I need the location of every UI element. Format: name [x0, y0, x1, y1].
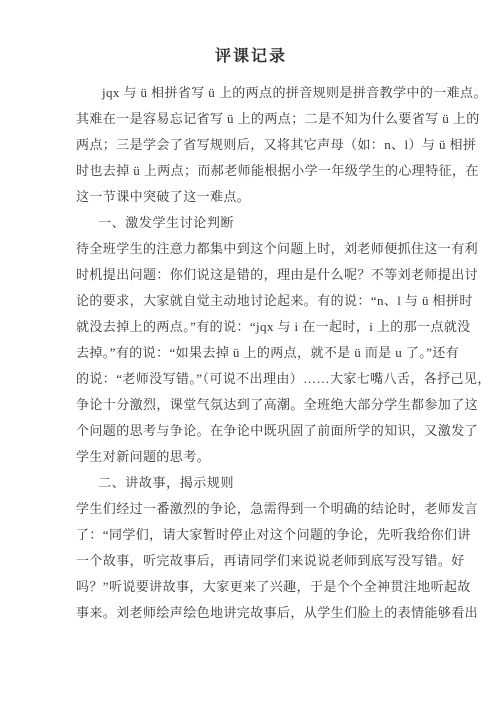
paragraph-line: 吗？”听说要讲故事，大家更来了兴趣，于是个个全神贯注地听起故 — [76, 574, 426, 600]
paragraph-line: 的说：“老师没写错。”（可说不出理由）……大家七嘴八舌，各抒己见， — [76, 366, 426, 392]
paragraph-line: 争论十分激烈，课堂气氛达到了高潮。全班绝大部分学生都参加了这 — [76, 392, 426, 418]
paragraph-line: 一个故事，听完故事后，再请同学们来说说老师到底写没写错。好 — [76, 548, 426, 574]
paragraph-line: 其难在一是容易忘记省写 ü 上的两点；二是不知为什么要省写 ü 上的 — [76, 106, 426, 132]
paragraph-line: 就没去掉上的两点。”有的说：“jqx 与 i 在一起时，i 上的那一点就没 — [76, 314, 426, 340]
paragraph-line: 待全班学生的注意力都集中到这个问题上时，刘老师便抓住这一有利 — [76, 236, 426, 262]
document-title: 评课记录 — [76, 46, 426, 68]
paragraph-line: 事来。刘老师绘声绘色地讲完故事后，从学生们脸上的表情能够看出 — [76, 600, 426, 626]
paragraph-3: 学生们经过一番激烈的争论，急需得到一个明确的结论时，老师发言 了：“同学们，请大… — [76, 496, 426, 626]
paragraph-line: 了：“同学们，请大家暂时停止对这个问题的争论，先听我给你们讲 — [76, 522, 426, 548]
paragraph-line: 去掉。”有的说：“如果去掉 ü 上的两点，就不是 ü 而是 u 了。”还有 — [76, 340, 426, 366]
paragraph-line: 个问题的思考与争论。在争论中既巩固了前面所学的知识，又激发了 — [76, 418, 426, 444]
section-heading-2: 二、讲故事，揭示规则 — [76, 470, 426, 496]
paragraph-line: 学生对新问题的思考。 — [76, 444, 426, 470]
paragraph-line: 时机提出问题：你们说这是错的，理由是什么呢？不等刘老师提出讨 — [76, 262, 426, 288]
section-heading-1: 一、激发学生讨论判断 — [76, 210, 426, 236]
paragraph-line: 这一节课中突破了这一难点。 — [76, 184, 426, 210]
paragraph-2: 待全班学生的注意力都集中到这个问题上时，刘老师便抓住这一有利 时机提出问题：你们… — [76, 236, 426, 470]
paragraph-line: 学生们经过一番激烈的争论，急需得到一个明确的结论时，老师发言 — [76, 496, 426, 522]
paragraph-1: jqx 与 ü 相拼省写 ü 上的两点的拼音规则是拼音教学中的一难点。 其难在一… — [76, 80, 426, 210]
document-page: 评课记录 jqx 与 ü 相拼省写 ü 上的两点的拼音规则是拼音教学中的一难点。… — [0, 0, 500, 707]
paragraph-line: 论的要求，大家就自觉主动地讨论起来。有的说：“n、l 与 ü 相拼时 — [76, 288, 426, 314]
paragraph-line: 时也去掉 ü 上两点；而郝老师能根据小学一年级学生的心理特征，在 — [76, 158, 426, 184]
paragraph-line: 两点；三是学会了省写规则后，又将其它声母（如：n、l）与 ü 相拼 — [76, 132, 426, 158]
paragraph-line: jqx 与 ü 相拼省写 ü 上的两点的拼音规则是拼音教学中的一难点。 — [76, 80, 426, 106]
